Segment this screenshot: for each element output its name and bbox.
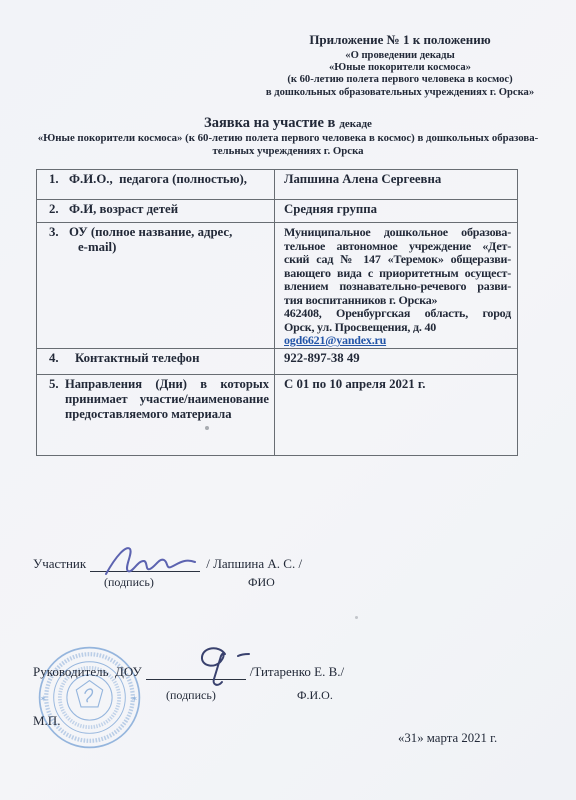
institution-line: вающего вида с приоритетным осущест- — [284, 267, 511, 281]
email-link[interactable]: ogd6621@yandex.ru — [284, 333, 386, 347]
row3-label: ОУ (полное название, адрес, e-mail) — [69, 225, 269, 348]
institution-line: ский сад № 147 «Теремок» общеразви- — [284, 253, 511, 267]
dates-value: С 01 по 10 апреля 2021 г. — [284, 377, 425, 391]
row4-number: 4. — [49, 351, 69, 374]
institution-address-line: 462408, Оренбургская область, город — [284, 307, 511, 321]
head-role-label: Руководитель ДОУ — [33, 664, 142, 680]
appendix-header-line: Приложение № 1 к положению — [252, 32, 548, 47]
row1-label-cell: 1. Ф.И.О., педагога (полностью), — [37, 170, 275, 199]
document-date: «31» марта 2021 г. — [398, 731, 497, 746]
institution-line: тия воспитанников г. Орска» — [284, 294, 511, 308]
official-round-stamp-icon: ✶ ✶ — [33, 641, 146, 754]
row5-label-line: принимает участие/наименование — [65, 392, 269, 407]
application-table: 1. Ф.И.О., педагога (полностью), Лапшина… — [36, 169, 518, 456]
scan-speck — [355, 616, 358, 619]
title-main: Заявка на участие в — [204, 115, 335, 131]
teacher-name-value: Лапшина Алена Сергеевна — [284, 172, 441, 186]
participant-name: / Лапшина А. С. / — [206, 556, 302, 572]
institution-line: влением познавательно-речевого разви- — [284, 280, 511, 294]
row2-label-cell: 2. Ф.И, возраст детей — [37, 200, 275, 222]
appendix-header-line: «Юные покорители космоса» — [252, 62, 548, 74]
institution-address-line: Орск, ул. Просвещения, д. 40 — [284, 321, 511, 335]
group-value: Средняя группа — [284, 202, 377, 216]
head-signature-caption: (подпись) — [166, 688, 216, 703]
participant-signature-line — [90, 557, 200, 572]
row5-label-line: Направления (Дни) в которых — [65, 377, 269, 392]
row3-label-line1: ОУ (полное название, адрес, — [69, 225, 232, 239]
document-title: Заявка на участие в декаде «Юные покорит… — [35, 114, 541, 157]
row5-label-cell: 5. Направления (Дни) в которых принимает… — [37, 375, 275, 455]
appendix-header-line: (к 60-летию полета первого человека в ко… — [252, 74, 548, 86]
participant-fio-caption: ФИО — [248, 575, 275, 590]
row4-label: Контактный телефон — [75, 351, 269, 374]
scanned-application-form: Приложение № 1 к положению «О проведении… — [0, 0, 576, 800]
row5-number: 5. — [49, 377, 65, 455]
appendix-header-line: «О проведении декады — [252, 50, 548, 62]
scan-speck — [205, 426, 209, 430]
table-row-institution: 3. ОУ (полное название, адрес, e-mail) М… — [37, 222, 517, 348]
title-main-tail: декаде — [339, 118, 372, 130]
participant-signature-caption: (подпись) — [104, 575, 154, 590]
institution-email-row: ogd6621@yandex.ru — [284, 334, 511, 348]
row1-value-cell: Лапшина Алена Сергеевна — [275, 170, 517, 199]
participant-role-label: Участник — [33, 556, 86, 572]
row3-number: 3. — [49, 225, 69, 348]
row2-value-cell: Средняя группа — [275, 200, 517, 222]
title-line-2: «Юные покорители космоса» (к 60-летию по… — [35, 132, 541, 145]
row5-label-line: предоставляемого материала — [65, 407, 269, 422]
phone-value: 922-897-38 49 — [284, 351, 360, 365]
title-line-1: Заявка на участие в декаде — [35, 114, 541, 132]
institution-line: тельное автономное учреждение «Дет- — [284, 240, 511, 254]
appendix-header-line: в дошкольных образовательных учреждениях… — [252, 87, 548, 99]
head-name: /Титаренко Е. В./ — [250, 664, 344, 680]
svg-text:✶: ✶ — [131, 693, 138, 703]
table-row-group: 2. Ф.И, возраст детей Средняя группа — [37, 199, 517, 222]
svg-text:✶: ✶ — [40, 693, 47, 703]
institution-line: Муниципальное дошкольное образова- — [284, 226, 511, 240]
row2-label: Ф.И, возраст детей — [69, 202, 269, 222]
row5-label: Направления (Дни) в которых принимает уч… — [65, 377, 269, 455]
row5-value-cell: С 01 по 10 апреля 2021 г. — [275, 375, 517, 455]
head-signature-line — [146, 665, 246, 680]
table-row-phone: 4. Контактный телефон 922-897-38 49 — [37, 348, 517, 374]
appendix-header: Приложение № 1 к положению «О проведении… — [252, 32, 548, 99]
head-fio-caption: Ф.И.О. — [297, 688, 333, 703]
participant-signature-row: Участник / Лапшина А. С. / — [33, 556, 302, 572]
row4-label-cell: 4. Контактный телефон — [37, 349, 275, 374]
row3-value-cell: Муниципальное дошкольное образова- тельн… — [275, 223, 517, 348]
table-row-fio: 1. Ф.И.О., педагога (полностью), Лапшина… — [37, 170, 517, 199]
head-signature-row: Руководитель ДОУ /Титаренко Е. В./ — [33, 664, 344, 680]
row3-label-cell: 3. ОУ (полное название, адрес, e-mail) — [37, 223, 275, 348]
row2-number: 2. — [49, 202, 69, 222]
row4-value-cell: 922-897-38 49 — [275, 349, 517, 374]
table-row-directions: 5. Направления (Дни) в которых принимает… — [37, 374, 517, 455]
title-line-3: тельных учреждениях г. Орска — [35, 145, 541, 158]
row3-label-line2: e-mail) — [78, 240, 116, 254]
row1-number: 1. — [49, 172, 69, 199]
row1-label: Ф.И.О., педагога (полностью), — [69, 172, 269, 199]
stamp-place-label: М.П. — [33, 713, 60, 729]
